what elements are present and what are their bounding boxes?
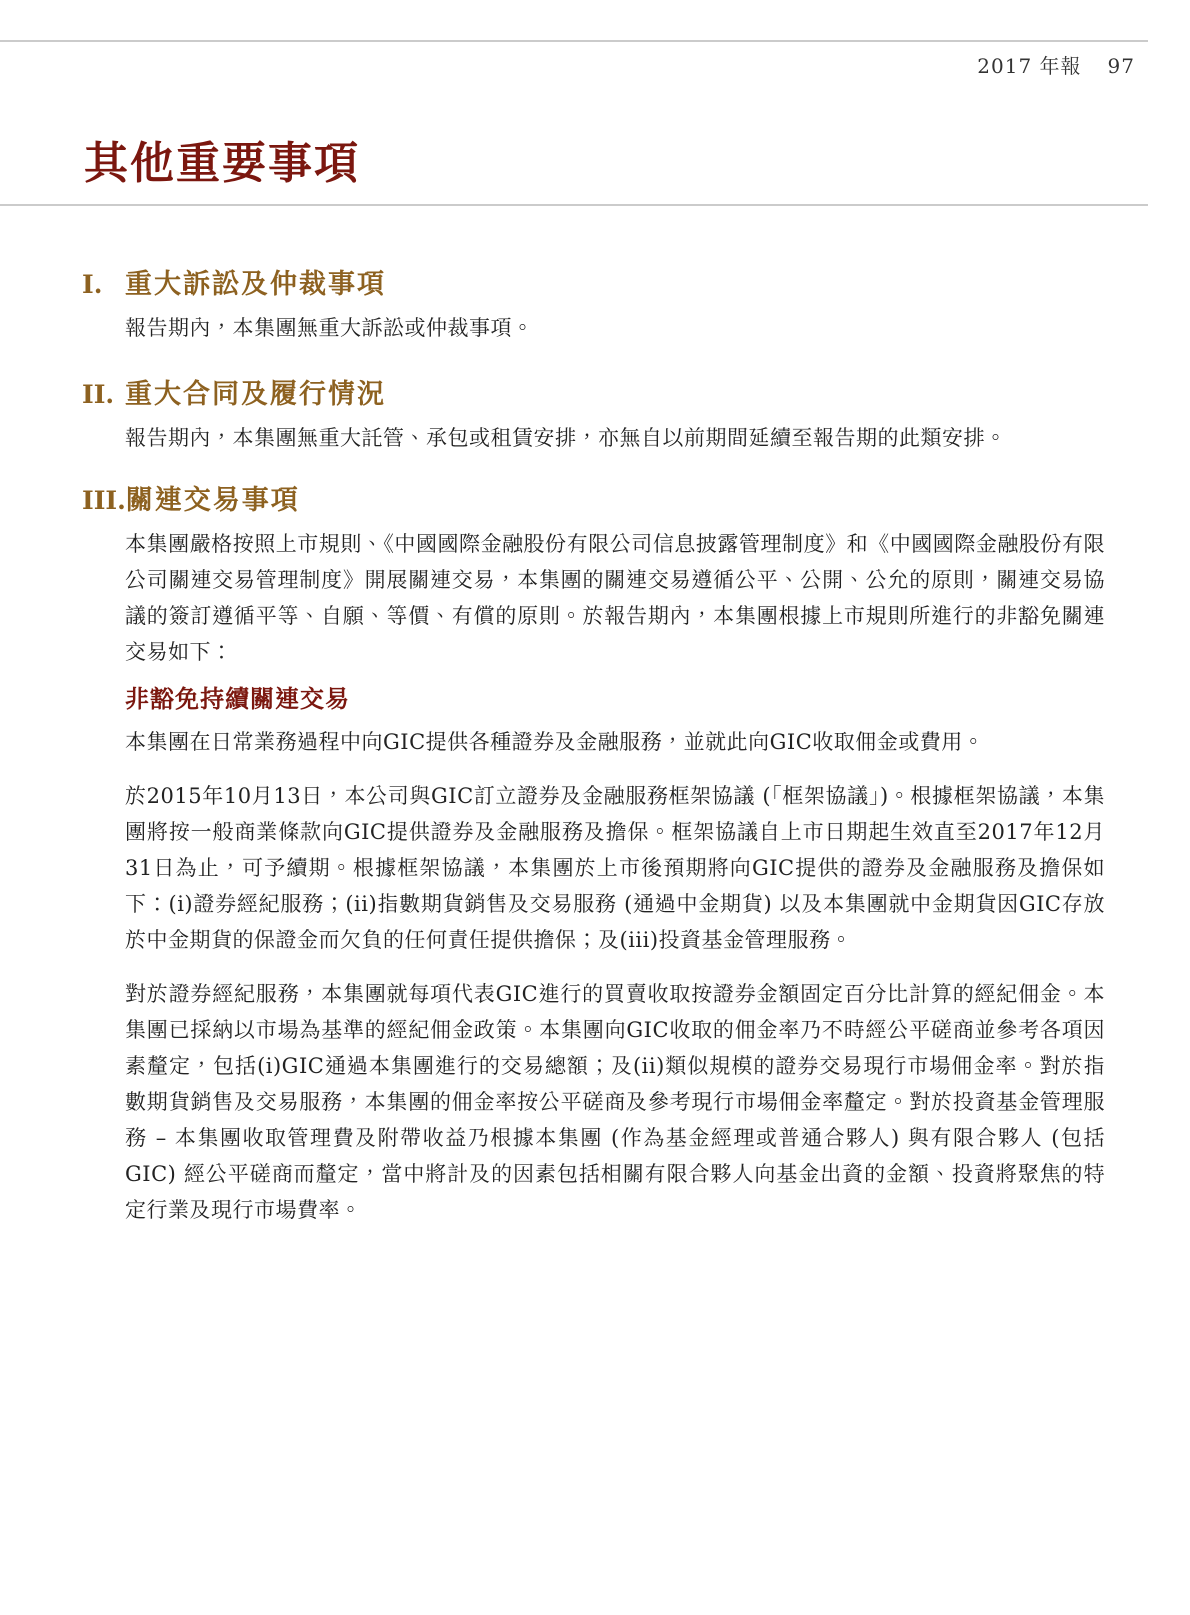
page-title: 其他重要事項 <box>84 140 360 188</box>
paragraph: 於2015年10月13日，本公司與GIC訂立證券及金融服務框架協議 (「框架協議… <box>125 778 1105 958</box>
section-heading: 重大訴訟及仲裁事項 <box>125 268 386 302</box>
header-rule <box>0 40 1148 42</box>
paragraph: 報告期內，本集團無重大託管、承包或租賃安排，亦無自以前期間延續至報告期的此類安排… <box>125 420 1105 456</box>
paragraph: 對於證券經紀服務，本集團就每項代表GIC進行的買賣收取按證券金額固定百分比計算的… <box>125 976 1105 1228</box>
section-number: III. <box>82 484 126 518</box>
section-heading: 重大合同及履行情況 <box>125 378 386 412</box>
section-connected-transactions: III. 關連交易事項 本集團嚴格按照上市規則、《中國國際金融股份有限公司信息披… <box>82 484 1105 1228</box>
section-contracts: II. 重大合同及履行情況 報告期內，本集團無重大託管、承包或租賃安排，亦無自以… <box>82 378 1105 456</box>
section-heading-row: I. 重大訴訟及仲裁事項 <box>82 268 1105 302</box>
section-number: I. <box>82 268 125 302</box>
paragraph: 本集團嚴格按照上市規則、《中國國際金融股份有限公司信息披露管理制度》和《中國國際… <box>125 526 1105 670</box>
subsection-heading: 非豁免持續關連交易 <box>125 684 1105 714</box>
page-header: 2017 年報 97 <box>977 50 1135 79</box>
paragraph: 本集團在日常業務過程中向GIC提供各種證券及金融服務，並就此向GIC收取佣金或費… <box>125 724 1105 760</box>
section-number: II. <box>82 378 125 412</box>
content: I. 重大訴訟及仲裁事項 報告期內，本集團無重大訴訟或仲裁事項。 II. 重大合… <box>82 206 1105 1228</box>
page-number: 97 <box>1108 54 1135 78</box>
section-heading-row: II. 重大合同及履行情況 <box>82 378 1105 412</box>
section-litigation: I. 重大訴訟及仲裁事項 報告期內，本集團無重大訴訟或仲裁事項。 <box>82 268 1105 346</box>
report-year-label: 2017 年報 <box>977 50 1081 79</box>
section-heading-row: III. 關連交易事項 <box>82 484 1105 518</box>
section-heading: 關連交易事項 <box>126 484 300 518</box>
paragraph: 報告期內，本集團無重大訴訟或仲裁事項。 <box>125 310 1105 346</box>
